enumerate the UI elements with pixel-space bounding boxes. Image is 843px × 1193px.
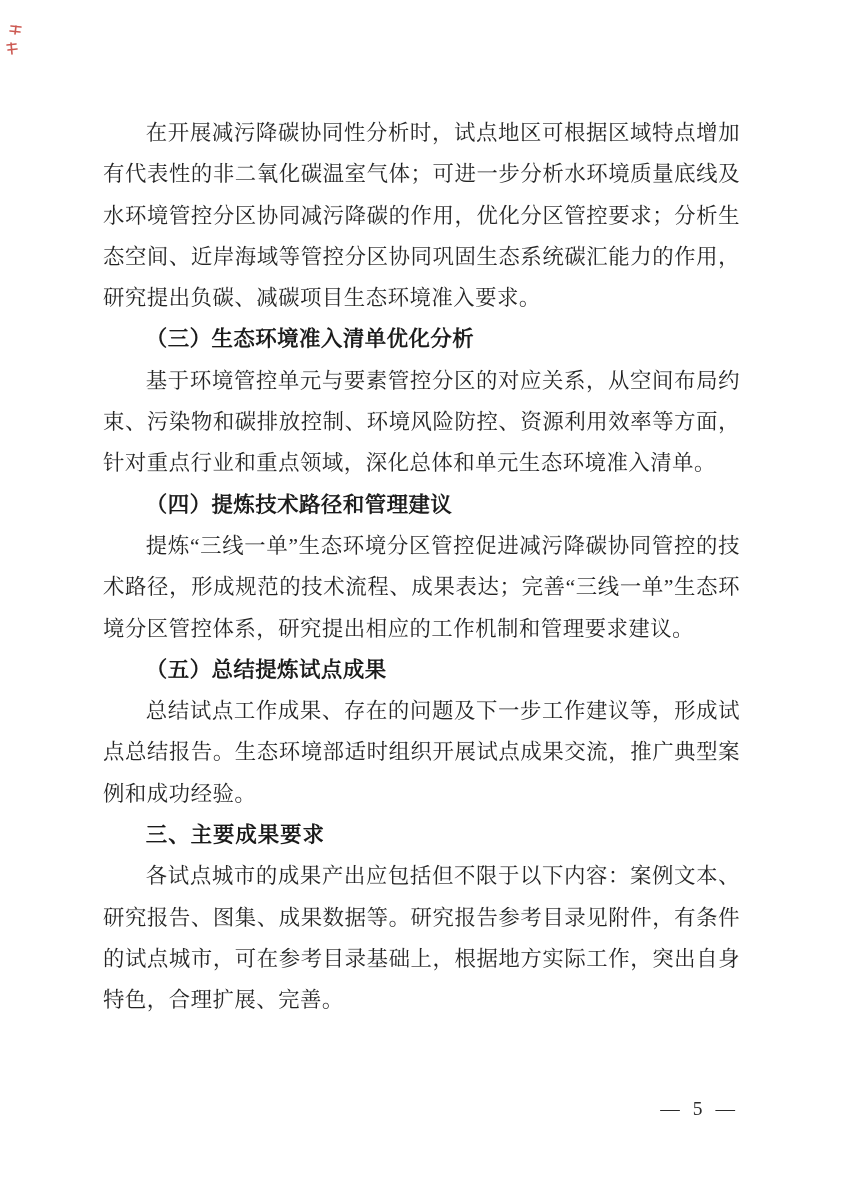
page-number-dash-right: — [716, 1100, 736, 1120]
page-number-dash-left: — [660, 1100, 680, 1120]
section-heading-4-tech-path: （四）提炼技术路径和管理建议 [103, 485, 740, 526]
chapter-heading-3-main-results: 三、主要成果要求 [103, 815, 740, 856]
section-heading-5-pilot-results: （五）总结提炼试点成果 [103, 650, 740, 691]
paragraph-pilot-results: 总结试点工作成果、存在的问题及下一步工作建议等，形成试点总结报告。生态环境部适时… [103, 691, 740, 815]
paragraph-synergy-analysis: 在开展减污降碳协同性分析时，试点地区可根据区域特点增加有代表性的非二氧化碳温室气… [103, 113, 740, 319]
paragraph-access-list: 基于环境管控单元与要素管控分区的对应关系，从空间布局约束、污染物和碳排放控制、环… [103, 361, 740, 485]
paragraph-tech-path: 提炼“三线一单”生态环境分区管控促进减污降碳协同管控的技术路径，形成规范的技术流… [103, 526, 740, 650]
red-ink-artifact-marks [4, 23, 30, 59]
paragraph-main-results: 各试点城市的成果产出应包括但不限于以下内容：案例文本、研究报告、图集、成果数据等… [103, 856, 740, 1021]
page-number: 5 [693, 1099, 703, 1121]
page-number-footer: — 5 — [660, 1099, 735, 1121]
document-body: 在开展减污降碳协同性分析时，试点地区可根据区域特点增加有代表性的非二氧化碳温室气… [103, 113, 740, 1022]
section-heading-3-access-list: （三）生态环境准入清单优化分析 [103, 319, 740, 360]
document-page: 在开展减污降碳协同性分析时，试点地区可根据区域特点增加有代表性的非二氧化碳温室气… [0, 0, 843, 1193]
